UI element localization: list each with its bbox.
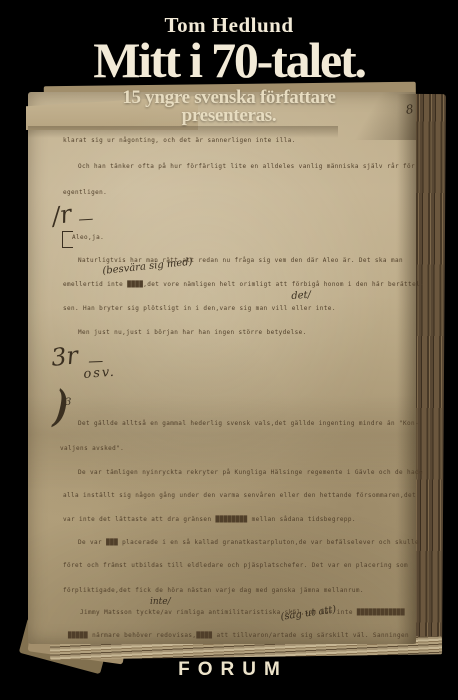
handwritten-annotation: — [78, 211, 94, 227]
book-title: Mitt i 70-talet. [0, 31, 458, 89]
handwritten-annotation: (säg ut att) [280, 605, 337, 623]
handwritten-annotation: det/ [291, 291, 311, 302]
subtitle-line2: presenteras. [0, 105, 458, 127]
book-cover: klarat sig ur någonting, och det är sann… [0, 0, 458, 700]
handwritten-annotation: inte/ [150, 598, 171, 607]
publisher-logo: FORUM [0, 659, 458, 681]
handwritten-annotation: /r [50, 202, 73, 229]
handwritten-brace: ) [52, 386, 70, 431]
handwritten-annotation: 3r [50, 343, 79, 370]
handwritten-annotation: (besvära sig med) [102, 258, 193, 277]
handwritten-bracket-mark [62, 231, 73, 248]
handwritten-annotation: osv. [83, 366, 116, 381]
